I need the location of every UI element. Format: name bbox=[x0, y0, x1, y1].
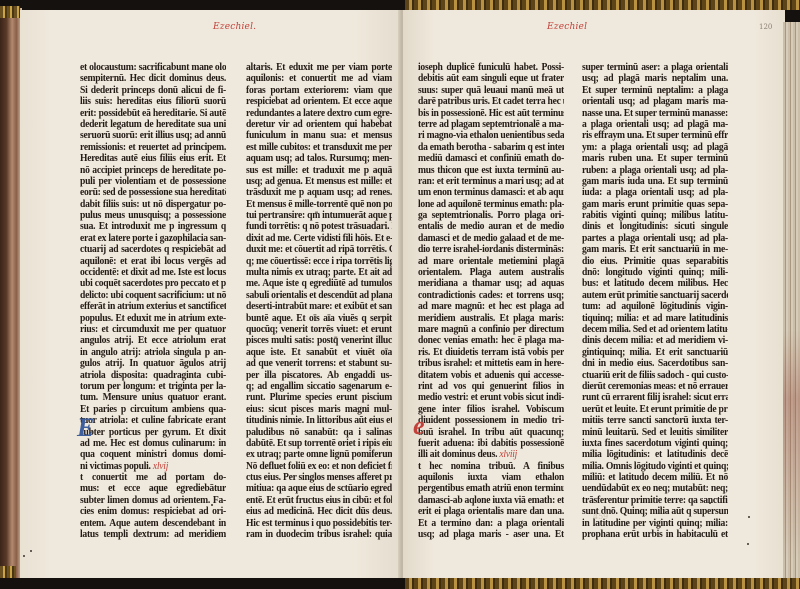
text-line: runt cū errarent filij israhel: sicut er… bbox=[582, 392, 728, 404]
folio-number: 120 bbox=[759, 23, 772, 31]
left-binding-edge bbox=[0, 8, 22, 578]
text-line: buū israhel. In tribu aūt quacunq; bbox=[418, 426, 564, 438]
text-line: illi ait dominus deus. xlviij bbox=[418, 449, 564, 461]
ink-speck bbox=[23, 555, 25, 557]
book-spread: Ezechiel. et olocaustum: sacrificabunt m… bbox=[0, 0, 800, 589]
text-line: cies enim domus: respiciebat ad ori- bbox=[80, 506, 226, 518]
text-column-3: ioseph duplicē funiculū habet. Possi-deb… bbox=[418, 62, 564, 540]
text-line: iuda: a plaga orientali usq; ad pla- bbox=[582, 187, 728, 199]
text-line: pergentibus emath atriū enon terminus bbox=[418, 483, 564, 495]
text-line: debitis aūt eam singuli eque ut frater bbox=[418, 73, 564, 85]
decorated-initial-e-blue: E bbox=[77, 415, 94, 441]
text-line: angulos atrij. Et ecce atriolum erat bbox=[80, 335, 226, 347]
text-line: mediū damasci et confiniū emath do- bbox=[418, 153, 564, 165]
text-line: tum: ad aquilonē lōgitudinis vigin- bbox=[582, 301, 728, 313]
text-line: sempiternū. Hec dicit dominus deus. bbox=[80, 73, 226, 85]
text-line: funiculum in manu sua: et mensus bbox=[246, 130, 392, 142]
text-line: eorū: sed de possessione sua hereditatē bbox=[80, 187, 226, 199]
text-line: darē patribus uris. Et cadet terra hec u… bbox=[418, 96, 564, 108]
text-line: paludibus nō sanabūt: qa i salinas bbox=[246, 426, 392, 438]
text-line: ad mare magnū: et hec est plaga ad bbox=[418, 301, 564, 313]
text-line: ad que venerit torrens: et stabunt su- bbox=[246, 358, 392, 370]
text-line: deserti-intrabūt mare: et exibūt et sana… bbox=[246, 301, 392, 313]
chapter-number: xlviij bbox=[499, 449, 517, 461]
decorated-initial-e-red: e bbox=[413, 413, 425, 439]
left-page: Ezechiel. et olocaustum: sacrificabunt m… bbox=[20, 10, 402, 578]
text-line: mus thicon que est iuxta terminū au- bbox=[418, 164, 564, 176]
ink-speck bbox=[709, 502, 711, 504]
text-line: ris effraym una. Et super terminū effra- bbox=[582, 130, 728, 142]
text-line: erit ei plaga orientalis mare dan una. bbox=[418, 506, 564, 518]
text-line: usq; ad plagā maris neptalim una. bbox=[582, 73, 728, 85]
text-line: mitiis terre sancti sanctorū iuxta ter- bbox=[582, 415, 728, 427]
running-head-left: Ezechiel. bbox=[213, 22, 256, 32]
left-binding-foot bbox=[0, 566, 16, 578]
text-line: Hereditas autē eius filiis eius erit. Et bbox=[80, 153, 226, 165]
left-binding-head bbox=[0, 6, 20, 18]
text-column-2: altaris. Et eduxit me per viam porteaqui… bbox=[246, 62, 392, 540]
ink-speck bbox=[748, 516, 750, 518]
fore-edge-stain bbox=[783, 330, 800, 560]
text-line: maris ruben una. Et super terminū bbox=[582, 153, 728, 165]
gilt-top-edge bbox=[405, 0, 800, 10]
text-line: prophana erūt urbis in habitaculū et bbox=[582, 529, 728, 541]
running-head-right: Ezechiel bbox=[547, 22, 587, 32]
ink-speck bbox=[211, 504, 213, 506]
text-line: ctuarij ad sacerdotes q respiciebāt ad bbox=[80, 244, 226, 256]
text-line: trāsduxit me p aquam usq; ad renes. bbox=[246, 187, 392, 199]
text-line: liis suis: hereditas eius filiorū suorū bbox=[80, 96, 226, 108]
gilt-bottom-edge bbox=[405, 578, 800, 589]
text-line: ram in duodecim tribus israhel: quia bbox=[246, 529, 392, 541]
chapter-number: xlvij bbox=[153, 460, 168, 472]
text-line: um enon terminus damasci: et ab aqui- bbox=[418, 187, 564, 199]
text-line: respiciebat ad orientem. Et ecce aque bbox=[246, 96, 392, 108]
text-line: titudinis nimie. In littoribus aūt eius … bbox=[246, 415, 392, 427]
text-line: ri magno-via ethalon uenientibus seda- bbox=[418, 130, 564, 142]
text-line: ubi coquēt sacerdotes pro peccato et p bbox=[80, 278, 226, 290]
text-line: me. Aque iste q egrediūtē ad tumulos bbox=[246, 278, 392, 290]
text-line: aquam usq; ad talos. Rursumq; men- bbox=[246, 153, 392, 165]
text-line: gulos atrij. In quatuor āgulos atrij bbox=[80, 358, 226, 370]
text-line: dio terre israhel-iordanis disterminās: bbox=[418, 244, 564, 256]
text-line: meridiana a thamar usq; ad aquas bbox=[418, 278, 564, 290]
text-line: mitiua: qa aque eius de sctūario egredi- bbox=[246, 483, 392, 495]
text-line: efferāt in atrium exterius et sanctifice… bbox=[80, 301, 226, 313]
text-line: orientali usq; ad plagam maris ma- bbox=[582, 96, 728, 108]
text-line: diuident possessionem in medio tri- bbox=[418, 415, 564, 427]
text-line: entalis de medio auran et de medio bbox=[418, 221, 564, 233]
text-line: dinis et longitudinis: sicuti singule bbox=[582, 221, 728, 233]
text-line: tribus israhel: et mittetis eam in here- bbox=[418, 358, 564, 370]
text-line: subter porticus per gyrum. Et dixit bbox=[80, 426, 226, 438]
text-line: milia lōgitudinis: et latitudinis decē bbox=[582, 449, 728, 461]
text-line: ruben: a plaga orientali usq; ad pla- bbox=[582, 164, 728, 176]
text-line: duxit me: et cōuertit ad ripā torrētis. … bbox=[246, 244, 392, 256]
text-line: mus: et ecce aque egrediebātur bbox=[80, 483, 226, 495]
text-line: minū leuitarū. Sed et leuitis similiter bbox=[582, 426, 728, 438]
text-line: seruorū suorū: erit illius usq; ad annū bbox=[80, 130, 226, 142]
right-page: Ezechiel 120 ioseph duplicē funiculū hab… bbox=[403, 10, 785, 578]
text-line: gam maris. Et erit sanctuariū in me- bbox=[582, 244, 728, 256]
ink-speck bbox=[747, 543, 749, 545]
text-line: ex utraq; parte omne lignū pomiferum. bbox=[246, 449, 392, 461]
text-line: nō accipiet princeps de hereditate po- bbox=[80, 164, 226, 176]
text-line: usq; ad plaga maris - aser una. Et bbox=[418, 529, 564, 541]
text-line: medio vestri: et erunt vobis sicut indi- bbox=[418, 392, 564, 404]
text-line: aquilonis: et conuertit me ad viam bbox=[246, 73, 392, 85]
text-line: dinis decem milia: et ad meridiem vi- bbox=[582, 335, 728, 347]
text-line: eius ad medicinā. Hec dicit dūs deus. bbox=[246, 506, 392, 518]
text-line: tuor atriola: et culine fabricate erant bbox=[80, 415, 226, 427]
text-line: qua coquent ministri domus domi- bbox=[80, 449, 226, 461]
text-line: tum. Mensure unius quatuor erant. bbox=[80, 392, 226, 404]
text-line: dni in medio eius. Sacerdotibus san- bbox=[582, 358, 728, 370]
text-column-1: et olocaustum: sacrificabunt mane oloca[… bbox=[80, 62, 226, 540]
text-line: donec venias emath: hec ē plaga ma- bbox=[418, 335, 564, 347]
pencil-annotation: 459 bbox=[593, 512, 608, 521]
text-line: latus templi dextrum: ad meridiem bbox=[80, 529, 226, 541]
text-line: sua. Et introduxit me p ingressum q bbox=[80, 221, 226, 233]
text-column-4: super terminū aser: a plaga orientaliusq… bbox=[582, 62, 728, 540]
text-line: sus est mille: et traduxit me p aquā bbox=[246, 164, 392, 176]
text-line: pisces multi satis: postq̄ venerint illu… bbox=[246, 335, 392, 347]
ink-speck bbox=[30, 550, 32, 552]
text-line: runt. Plurime species erunt piscium bbox=[246, 392, 392, 404]
text-line: fundi torrētis: q nō potest trāsuadari. … bbox=[246, 221, 392, 233]
text-line: bus: et latitudo decem milibus. Hec bbox=[582, 278, 728, 290]
text-line: uendūdabūt ex eo neq; mutabūt: neq; bbox=[582, 483, 728, 495]
